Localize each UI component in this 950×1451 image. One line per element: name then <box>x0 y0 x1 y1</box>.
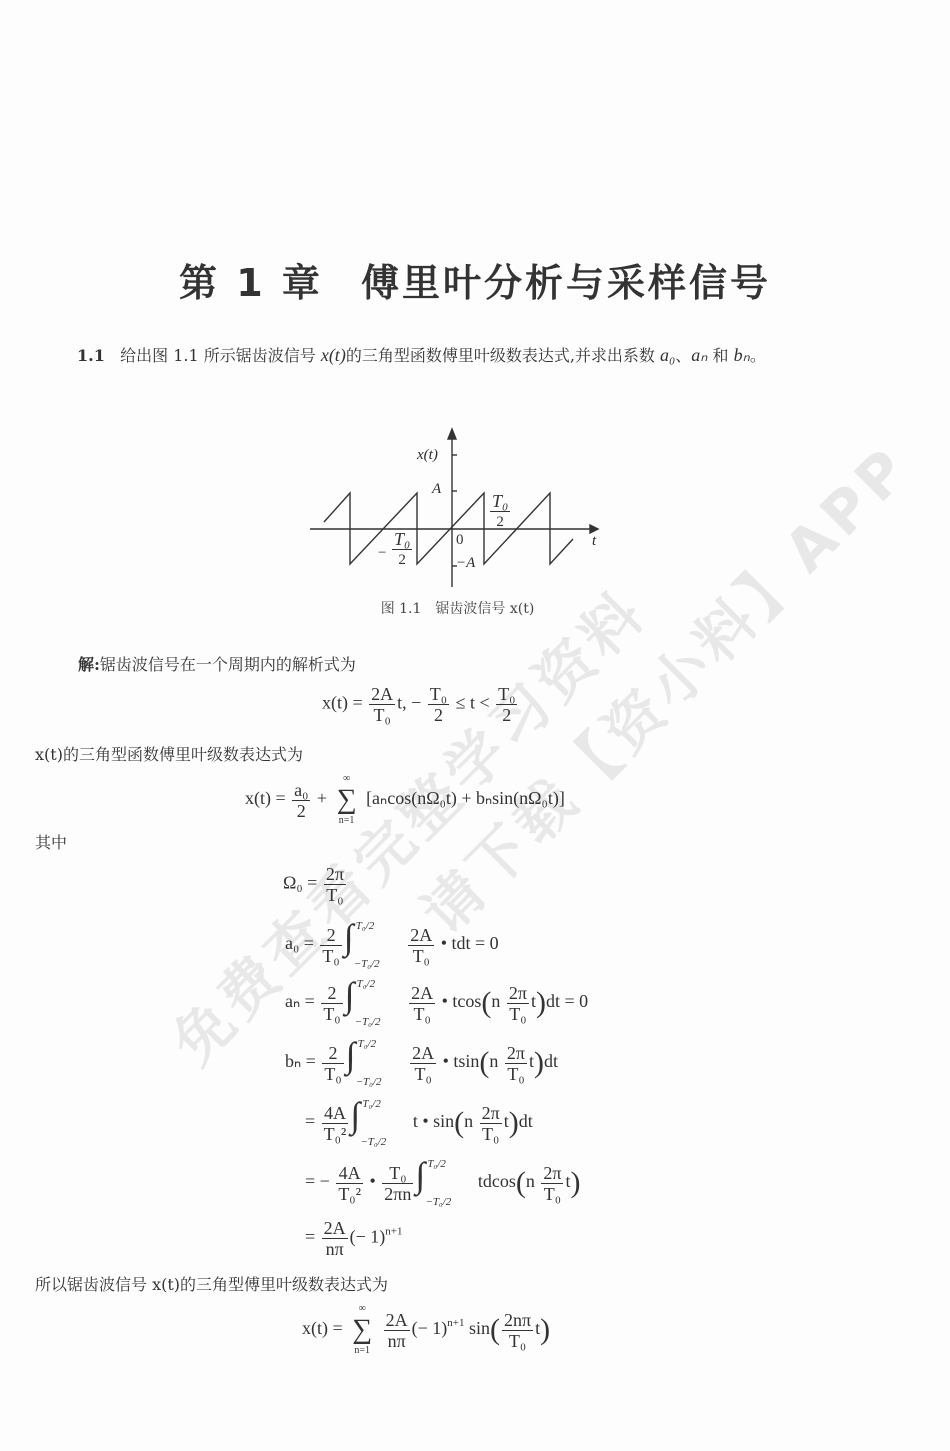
an-symbol: aₙ <box>691 345 707 365</box>
den: T₀ <box>322 1064 343 1084</box>
den: T₀ <box>541 1184 563 1204</box>
arg: n <box>526 1171 535 1191</box>
tick-neg-A: −A <box>456 555 475 572</box>
num: 2A <box>410 1043 436 1064</box>
num: T₀ <box>490 491 510 512</box>
den: T₀ <box>321 1004 342 1024</box>
den: T₀ <box>410 1064 436 1084</box>
problem-number: 1.1 <box>77 346 105 365</box>
num: 2A <box>408 925 434 946</box>
a0-symbol: a₀ <box>660 345 675 365</box>
lhs: x(t) = <box>245 788 286 808</box>
exp: n+1 <box>447 1317 464 1329</box>
y-axis-label: x(t) <box>417 447 438 464</box>
eq-bn-step2: = 4AT₀²∫T₀/2−T₀/2 t • sin(n 2πT₀t)dt <box>305 1098 533 1148</box>
num: T₀ <box>428 684 449 705</box>
end: 。 <box>750 346 766 365</box>
den: T₀ <box>408 946 434 966</box>
eq-bn-result: = 2Anπ(− 1)n+1 <box>305 1218 403 1259</box>
lower: n=1 <box>347 1344 377 1358</box>
half-period-pos: T₀ 2 <box>490 491 510 532</box>
origin-label: 0 <box>456 532 464 549</box>
eq-bn-step3: = − 4AT₀² • T₀2πn∫T₀/2−T₀/2 tdcos(n 2πT₀… <box>305 1158 581 1208</box>
num: 2π <box>507 983 529 1004</box>
num: 2A <box>409 983 435 1004</box>
ub: T₀/2 <box>427 1158 446 1170</box>
problem-statement: 1.1 给出图 1.1 所示锯齿波信号 x(t)的三角型函数傅里叶级数表达式,并… <box>35 340 915 371</box>
body: [aₙcos(nΩ₀t) + bₙsin(nΩ₀t)] <box>366 788 565 808</box>
den: T₀ <box>502 1331 533 1351</box>
where-label: 其中 <box>35 828 67 858</box>
solution-label: 解: <box>78 655 100 674</box>
num: 2 <box>321 983 342 1004</box>
den: 2πn <box>382 1184 413 1204</box>
pre: t • sin <box>413 1111 454 1131</box>
neg-sign: − <box>378 545 386 562</box>
num: T₀ <box>496 684 517 705</box>
arg: n <box>489 1051 498 1071</box>
den: 2 <box>490 512 510 532</box>
num: 2nπ <box>502 1310 533 1331</box>
sep: 、 <box>675 346 691 365</box>
conclusion-text: 所以锯齿波信号 x(t)的三角型傅里叶级数表达式为 <box>35 1270 388 1300</box>
lhs: x(t) = <box>322 693 363 713</box>
num: 2π <box>505 1043 527 1064</box>
den: T₀ <box>320 946 341 966</box>
eq-analytic: x(t) = 2AT₀t, − T₀2 ≤ t < T₀2 <box>322 684 519 725</box>
rest: dt = 0 <box>546 991 588 1011</box>
num: T₀ <box>382 1163 413 1184</box>
pre: • tsin <box>443 1051 480 1071</box>
num: 2 <box>322 1043 343 1064</box>
sin: sin <box>469 1318 490 1338</box>
lhs: a₀ = <box>285 933 314 953</box>
rest: • tdt = 0 <box>441 933 499 953</box>
num: 2A <box>369 684 395 705</box>
rest: t, − <box>397 693 421 713</box>
chapter-name: 傅里叶分析与采样信号 <box>361 261 771 305</box>
sawtooth-figure: x(t) t A −A 0 T₀ 2 − T₀ 2 <box>300 425 620 595</box>
signal-symbol: x(t) <box>321 345 346 365</box>
den: T₀ <box>324 885 346 905</box>
num: 2 <box>320 925 341 946</box>
lb: −T₀/2 <box>425 1196 451 1208</box>
lb: −T₀/2 <box>355 1016 381 1028</box>
num: 2A <box>384 1310 410 1331</box>
pre: • tcos <box>442 991 482 1011</box>
num: 4A <box>336 1163 363 1184</box>
den: T₀ <box>409 1004 435 1024</box>
lhs: Ω₀ = <box>283 873 317 893</box>
num: T₀ <box>392 529 412 550</box>
plus: + <box>317 788 327 808</box>
exp: n+1 <box>385 1226 402 1238</box>
problem-text: 给出图 1.1 所示锯齿波信号 <box>120 346 321 365</box>
series-intro: x(t)的三角型函数傅里叶级数表达式为 <box>35 740 303 770</box>
figure-caption: 图 1.1 锯齿波信号 x(t) <box>0 598 915 618</box>
den: 2 <box>428 705 449 725</box>
problem-text-2: 的三角型函数傅里叶级数表达式,并求出系数 <box>346 346 660 365</box>
eq-series: x(t) = a₀2 + ∞∑n=1 [aₙcos(nΩ₀t) + bₙsin(… <box>245 772 565 828</box>
num: 4A <box>322 1103 349 1124</box>
intro-text: 锯齿波信号在一个周期内的解析式为 <box>100 655 356 674</box>
den: T₀ <box>507 1004 529 1024</box>
ub: T₀/2 <box>362 1098 381 1110</box>
lhs: x(t) = <box>302 1318 343 1338</box>
lhs: bₙ = <box>285 1051 316 1071</box>
and: 和 <box>707 346 733 365</box>
num: 2π <box>480 1103 502 1124</box>
den: T₀² <box>322 1124 349 1144</box>
sigma: ∑ <box>347 1316 377 1344</box>
lhs: = − <box>305 1171 330 1191</box>
den: T₀ <box>369 705 395 725</box>
bn-symbol: bₙ <box>734 345 750 365</box>
eq-bn: bₙ = 2T₀∫T₀/2−T₀/2 2AT₀ • tsin(n 2πT₀t)d… <box>285 1038 558 1088</box>
lb: −T₀/2 <box>356 1076 382 1088</box>
lhs: = <box>305 1111 315 1131</box>
lower: n=1 <box>332 814 362 828</box>
ub: T₀/2 <box>358 1038 377 1050</box>
num: a₀ <box>292 780 310 801</box>
lhs: aₙ = <box>285 991 315 1011</box>
rest: dt <box>519 1111 533 1131</box>
ub: T₀/2 <box>357 978 376 990</box>
num: 2π <box>324 864 346 885</box>
den: 2 <box>496 705 517 725</box>
eq-an: aₙ = 2T₀∫T₀/2−T₀/2 2AT₀ • tcos(n 2πT₀t)d… <box>285 978 588 1028</box>
rest: (− 1) <box>350 1227 386 1247</box>
arg: n <box>491 991 500 1011</box>
sigma: ∑ <box>332 786 362 814</box>
mid: (− 1) <box>412 1318 448 1338</box>
den: T₀ <box>505 1064 527 1084</box>
den: T₀ <box>480 1124 502 1144</box>
num: 2π <box>541 1163 563 1184</box>
arg: n <box>464 1111 473 1131</box>
pre: tdcos <box>478 1171 516 1191</box>
den: 2 <box>292 801 310 821</box>
eq-a0: a₀ = 2T₀∫T₀/2−T₀/2 2AT₀ • tdt = 0 <box>285 920 499 970</box>
x-axis-label: t <box>592 533 596 550</box>
ineq: ≤ t < <box>456 693 490 713</box>
eq-final: x(t) = ∞∑n=1 2Anπ(− 1)n+1 sin(2nπT₀t) <box>302 1302 550 1358</box>
chapter-number: 第 1 章 <box>179 261 323 305</box>
den: nπ <box>384 1331 410 1351</box>
ub: T₀/2 <box>356 920 375 932</box>
lb: −T₀/2 <box>360 1136 386 1148</box>
den: 2 <box>392 550 412 570</box>
tick-A: A <box>432 481 441 498</box>
chapter-title: 第 1 章傅里叶分析与采样信号 <box>0 252 950 307</box>
eq-omega: Ω₀ = 2πT₀ <box>283 864 348 905</box>
rest: dt <box>544 1051 558 1071</box>
lb: −T₀/2 <box>354 958 380 970</box>
dot: • <box>369 1171 375 1191</box>
solution-intro: 解:锯齿波信号在一个周期内的解析式为 <box>78 650 356 680</box>
num: 2A <box>322 1218 348 1239</box>
lhs: = <box>305 1227 315 1247</box>
den: T₀² <box>336 1184 363 1204</box>
den: nπ <box>322 1239 348 1259</box>
half-period-neg: T₀ 2 <box>392 529 412 570</box>
